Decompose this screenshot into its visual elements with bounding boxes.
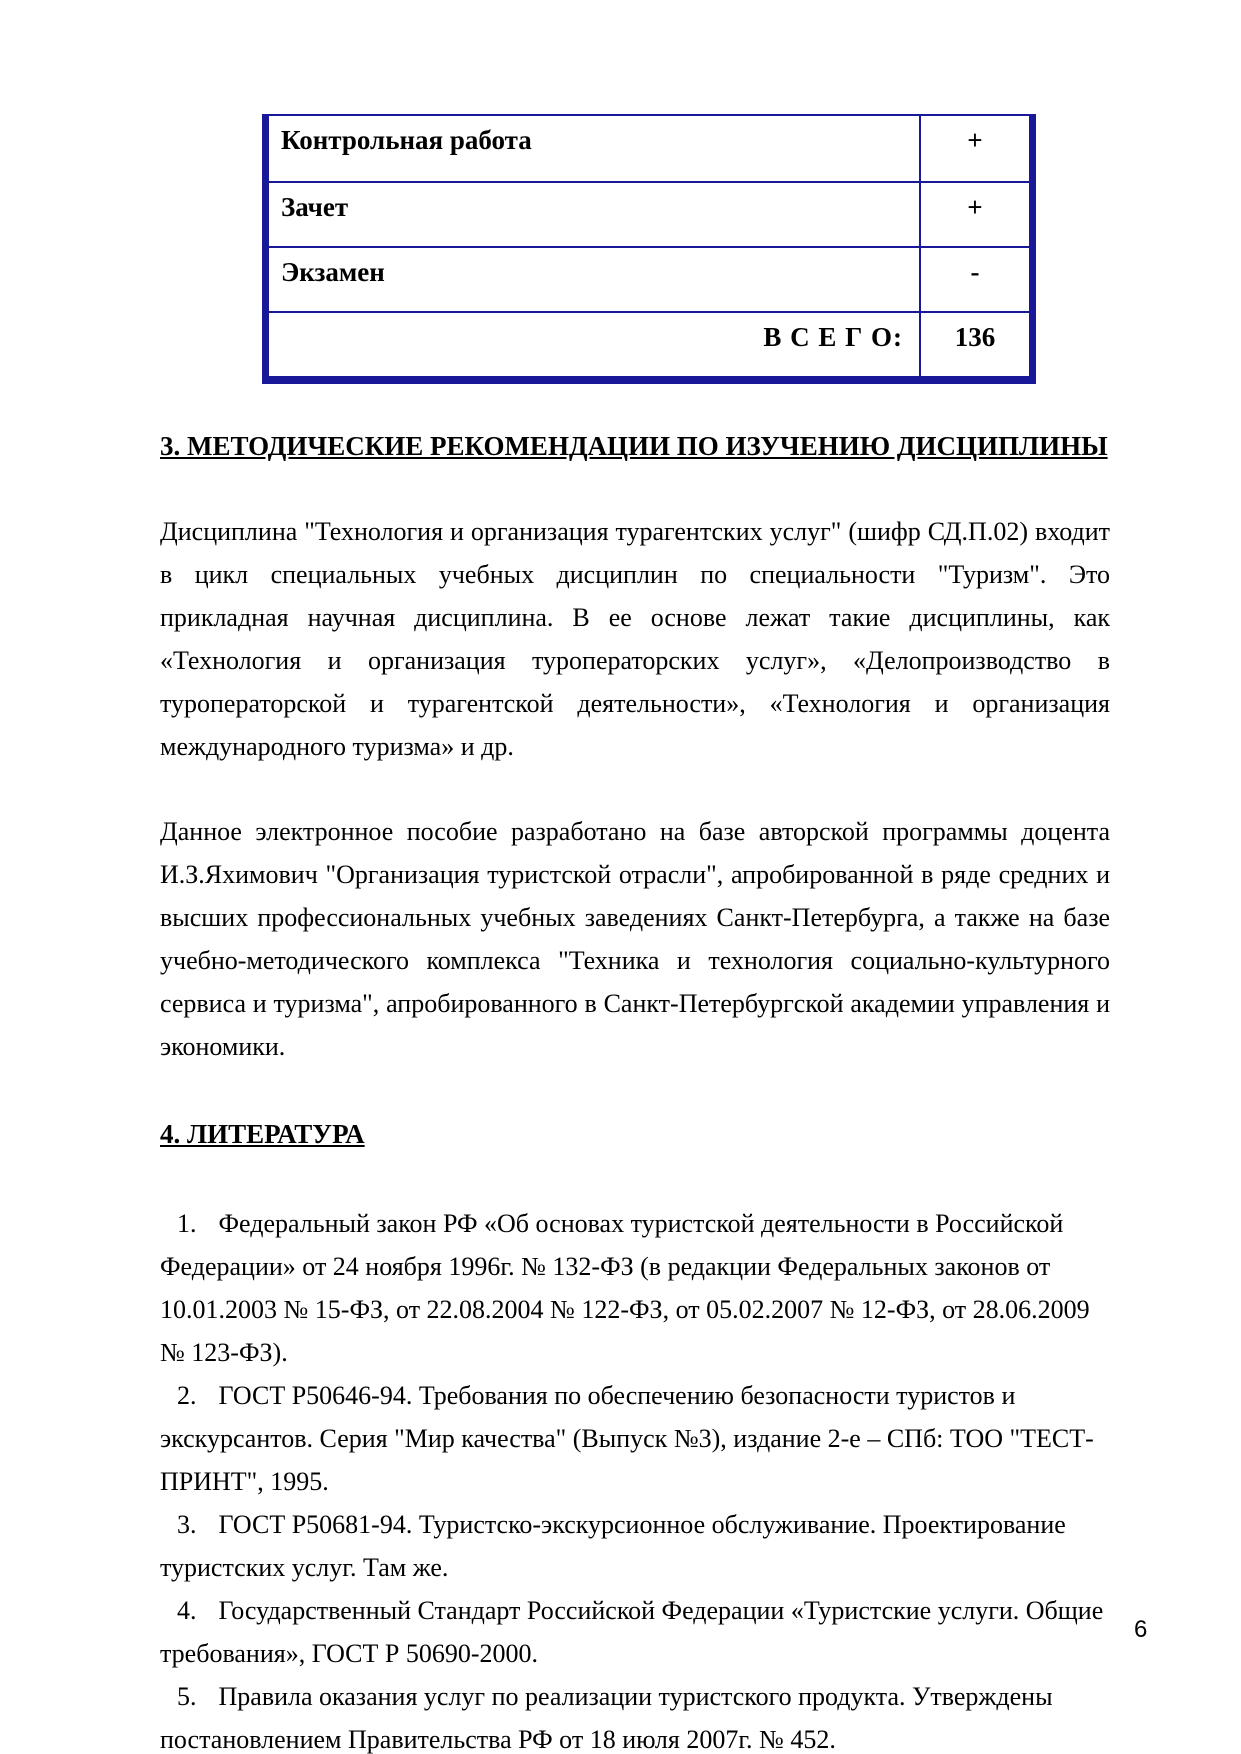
literature-item: 3.ГОСТ Р50681-94. Туристско-экскурсионно…: [160, 1503, 1110, 1589]
document-body: 3. МЕТОДИЧЕСКИЕ РЕКОМЕНДАЦИИ ПО ИЗУЧЕНИЮ…: [160, 424, 1110, 1754]
table-row-label: Контрольная работа: [269, 116, 919, 181]
literature-list: 1.Федеральный закон РФ «Об основах турис…: [160, 1202, 1110, 1754]
item-text: ГОСТ Р50646-94. Требования по обеспечени…: [160, 1381, 1094, 1496]
item-number: 4.: [177, 1596, 197, 1625]
table-row-value: +: [919, 181, 1029, 246]
item-number: 1.: [177, 1209, 197, 1238]
assessment-table-grid: Контрольная работа + Зачет + Экзамен - В…: [269, 116, 1029, 376]
item-text: Государственный Стандарт Российской Феде…: [160, 1596, 1103, 1668]
section-heading-methodology: 3. МЕТОДИЧЕСКИЕ РЕКОМЕНДАЦИИ ПО ИЗУЧЕНИЮ…: [160, 424, 1110, 468]
table-total-label: В С Е Г О:: [269, 311, 919, 376]
page-number: 6: [1134, 1616, 1147, 1644]
literature-item: 5.Правила оказания услуг по реализации т…: [160, 1675, 1110, 1754]
table-total-value: 136: [919, 311, 1029, 376]
item-number: 3.: [177, 1510, 197, 1539]
literature-item: 1.Федеральный закон РФ «Об основах турис…: [160, 1202, 1110, 1374]
item-text: ГОСТ Р50681-94. Туристско-экскурсионное …: [160, 1510, 1066, 1582]
literature-item: 4.Государственный Стандарт Российской Фе…: [160, 1589, 1110, 1675]
literature-item: 2.ГОСТ Р50646-94. Требования по обеспече…: [160, 1374, 1110, 1503]
table-row-value: -: [919, 246, 1029, 311]
methodology-paragraph-2: Данное электронное пособие разработано н…: [160, 810, 1110, 1068]
item-number: 5.: [177, 1682, 197, 1711]
section-heading-literature: 4. ЛИТЕРАТУРА: [160, 1112, 1110, 1156]
table-row-label: Зачет: [269, 181, 919, 246]
methodology-paragraph-1: Дисциплина "Технология и организация тур…: [160, 510, 1110, 768]
item-text: Федеральный закон РФ «Об основах туристс…: [160, 1209, 1090, 1367]
assessment-table: Контрольная работа + Зачет + Экзамен - В…: [262, 114, 1036, 384]
document-page: Контрольная работа + Зачет + Экзамен - В…: [0, 0, 1241, 1754]
table-row-label: Экзамен: [269, 246, 919, 311]
table-row-value: +: [919, 116, 1029, 181]
item-text: Правила оказания услуг по реализации тур…: [160, 1682, 1053, 1754]
item-number: 2.: [177, 1381, 197, 1410]
